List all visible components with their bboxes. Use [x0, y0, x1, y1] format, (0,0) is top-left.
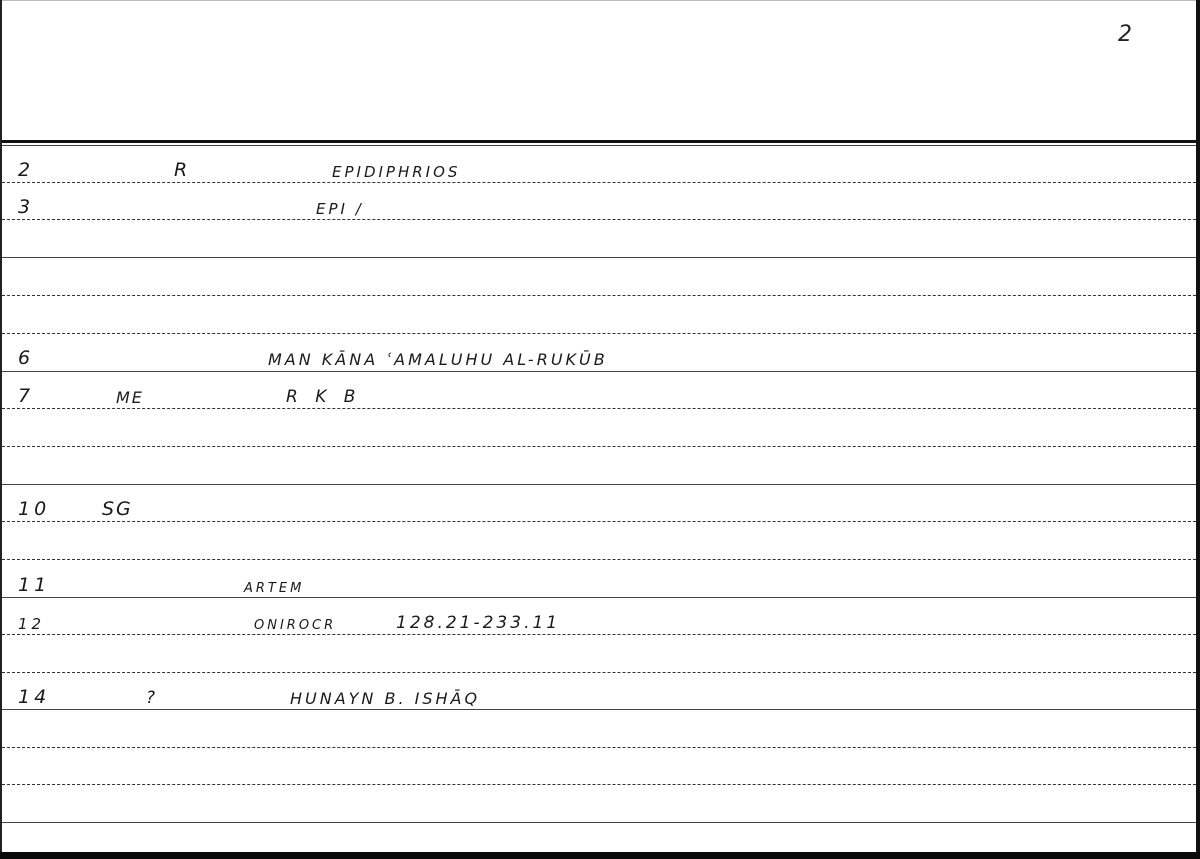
card-row: 12 ONIROCR 128.21-233.11 [0, 598, 1196, 635]
row-entry: MAN KĀNA ʿAMALUHU AL-RUKŪB [268, 350, 608, 369]
ruled-line [2, 747, 1196, 748]
header-divider [2, 140, 1196, 143]
ruled-line [2, 559, 1196, 560]
row-code: SG [102, 498, 133, 520]
row-entry: ARTEM [244, 581, 304, 596]
ruled-line [2, 446, 1196, 447]
row-entry: EPI / [316, 200, 364, 218]
card-row: 14 ? HUNAYN B. ISHĀQ [0, 673, 1196, 710]
ruled-line [2, 257, 1196, 258]
row-entry: R K B [286, 387, 361, 407]
row-number: 2 [18, 159, 34, 181]
card-row: 6 MAN KĀNA ʿAMALUHU AL-RUKŪB [0, 334, 1196, 371]
card-row: 2 R EPIDIPHRIOS [0, 146, 1196, 183]
scan-bottom-edge [0, 852, 1200, 859]
row-number: 11 [18, 574, 50, 596]
row-number: 14 [18, 686, 50, 708]
row-entry: HUNAYN B. ISHĀQ [290, 689, 480, 708]
row-entry: ONIROCR [254, 618, 336, 633]
row-number: 6 [18, 347, 34, 369]
row-number: 7 [18, 385, 34, 407]
card-right-edge [1196, 0, 1200, 852]
row-reference: 128.21-233.11 [396, 613, 560, 633]
page-number: 2 [1118, 22, 1132, 47]
card-row: 7 ME R K B [0, 372, 1196, 409]
row-number: 3 [18, 196, 34, 218]
row-code: ME [116, 388, 144, 407]
row-code: R [174, 159, 189, 181]
index-card: 2 2 R EPIDIPHRIOS 3 EPI / 6 MAN KĀNA ʿAM… [0, 0, 1200, 859]
ruled-line [2, 822, 1196, 823]
row-entry: EPIDIPHRIOS [332, 163, 460, 181]
ruled-line [2, 784, 1196, 785]
card-row: 11 ARTEM [0, 561, 1196, 598]
card-row: 10 SG [0, 485, 1196, 522]
row-code: ? [146, 688, 157, 708]
ruled-line [2, 295, 1196, 296]
row-number: 12 [18, 615, 45, 633]
card-row: 3 EPI / [0, 183, 1196, 220]
card-left-edge [0, 0, 2, 852]
row-number: 10 [18, 498, 50, 520]
card-top-edge [0, 0, 1200, 1]
